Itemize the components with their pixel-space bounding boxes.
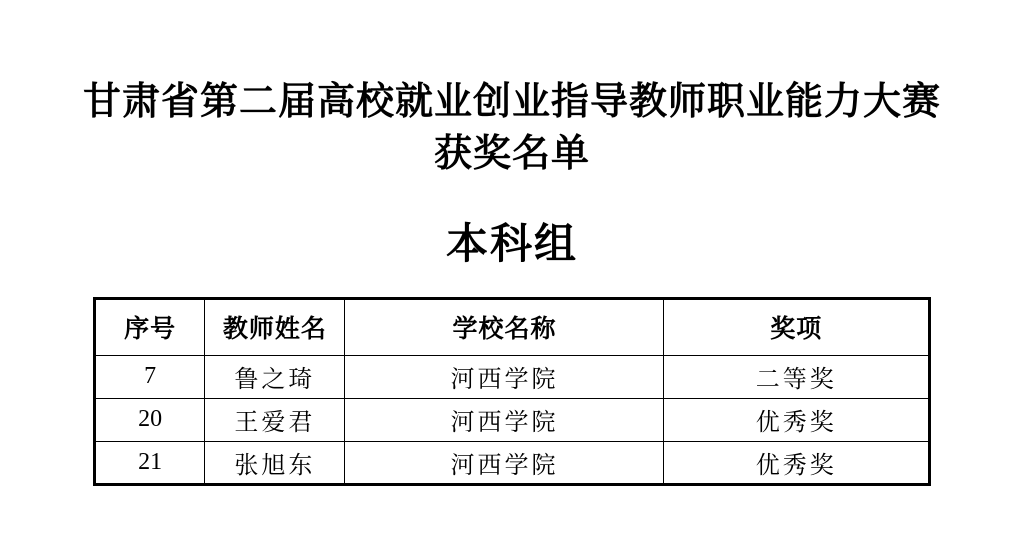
- cell-serial: 20: [95, 398, 205, 441]
- cell-teacher: 王爱君: [205, 398, 345, 441]
- table-row: 7 鲁之琦 河西学院 二等奖: [95, 355, 930, 398]
- group-subtitle: 本科组: [0, 211, 1024, 271]
- document-title-line1: 甘肃省第二届高校就业创业指导教师职业能力大赛: [0, 76, 1024, 128]
- table-row: 21 张旭东 河西学院 优秀奖: [95, 441, 930, 484]
- column-header-school: 学校名称: [345, 298, 664, 355]
- table-row: 20 王爱君 河西学院 优秀奖: [95, 398, 930, 441]
- cell-award: 优秀奖: [664, 441, 930, 484]
- table-body: 7 鲁之琦 河西学院 二等奖 20 王爱君 河西学院 优秀奖 21 张旭东 河西…: [95, 355, 930, 484]
- cell-school: 河西学院: [345, 441, 664, 484]
- cell-award: 优秀奖: [664, 398, 930, 441]
- cell-serial: 7: [95, 355, 205, 398]
- document-title-line2: 获奖名单: [0, 128, 1024, 180]
- document-page: 甘肃省第二届高校就业创业指导教师职业能力大赛 获奖名单 本科组 序号 教师姓名 …: [0, 0, 1024, 553]
- document-title: 甘肃省第二届高校就业创业指导教师职业能力大赛 获奖名单: [0, 0, 1024, 181]
- table-header-row: 序号 教师姓名 学校名称 奖项: [95, 298, 930, 355]
- column-header-teacher: 教师姓名: [205, 298, 345, 355]
- table-header: 序号 教师姓名 学校名称 奖项: [95, 298, 930, 355]
- awards-table: 序号 教师姓名 学校名称 奖项 7 鲁之琦 河西学院 二等奖 20 王爱君 河西…: [93, 297, 931, 486]
- cell-teacher: 鲁之琦: [205, 355, 345, 398]
- cell-school: 河西学院: [345, 398, 664, 441]
- column-header-award: 奖项: [664, 298, 930, 355]
- cell-teacher: 张旭东: [205, 441, 345, 484]
- column-header-serial: 序号: [95, 298, 205, 355]
- cell-award: 二等奖: [664, 355, 930, 398]
- cell-school: 河西学院: [345, 355, 664, 398]
- cell-serial: 21: [95, 441, 205, 484]
